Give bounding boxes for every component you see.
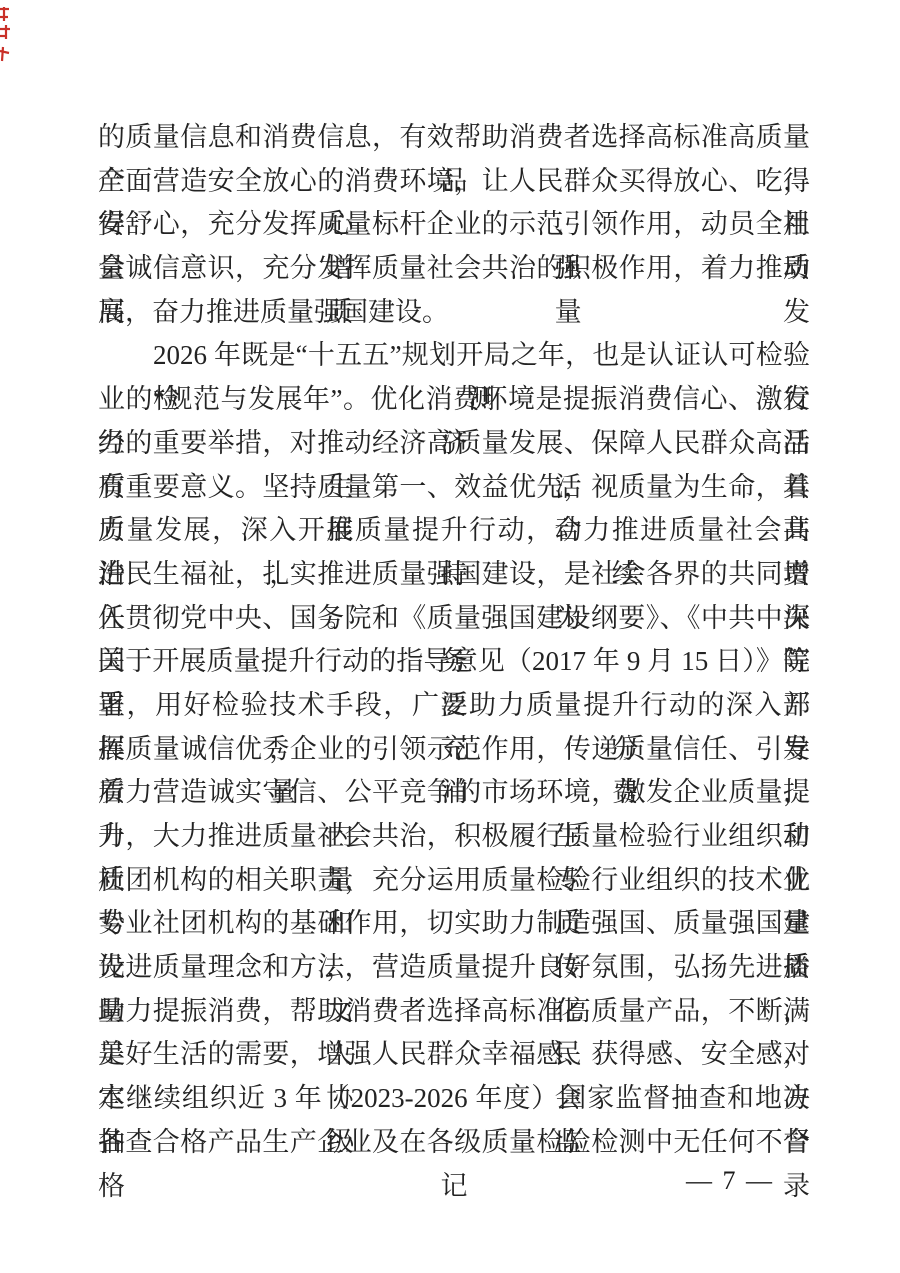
paragraph: 2026 年既是“十五五”规划开局之年，也是认证认可检验检测行业的“规范与发展年… xyxy=(98,334,810,1164)
paragraph: 的质量信息和消费信息，有效帮助消费者选择高标准高质量产品，全面营造安全放心的消费… xyxy=(98,116,810,334)
text-line: 定继续组织近 3 年（2023-2026 年度）国家监督抽查和地方各级监督 xyxy=(98,1077,810,1121)
text-line: 专业社团机构的基础作用，切实助力制造强国、质量强国建设，传播 xyxy=(98,902,810,946)
text-line: 业的“规范与发展年”。优化消费环境是提振消费信心、激发经济活 xyxy=(98,378,810,422)
text-line: 关于开展质量提升行动的指导意见（2017 年 9 月 15 日）》等重要部 xyxy=(98,640,810,684)
text-line: 社团机构的相关职责，充分运用质量检验行业组织的技术优势和质量 xyxy=(98,859,810,903)
text-line: 全面营造安全放心的消费环境，让人民群众买得放心、吃得安心、用 xyxy=(98,160,810,204)
page-number: — 7 — xyxy=(686,1166,774,1196)
text-line: 进民生福祉，扎实推进质量强国建设，是社会各界的共同责任。为深 xyxy=(98,553,810,597)
text-line: 署，用好检验技术手段，广泛助力质量提升行动的深入开展，充分发 xyxy=(98,684,810,728)
text-line: 入贯彻党中央、国务院和《质量强国建设纲要》、《中共中央 国务院 xyxy=(98,597,810,641)
text-line: 力的重要举措，对推动经济高质量发展、保障人民群众高品质生活具 xyxy=(98,422,810,466)
text-line: 量诚信意识，充分发挥质量社会共治的积极作用，着力推动高质量发 xyxy=(98,247,810,291)
text-line: 着力营造诚实守信、公平竞争的市场环境，激发企业质量提升内生动 xyxy=(98,771,810,815)
text-line: 有重要意义。坚持质量第一、效益优先，视质量为生命，着力推动高 xyxy=(98,466,810,510)
red-fragment-icon xyxy=(0,5,12,75)
red-edge-print-fragments xyxy=(0,5,12,75)
text-line: 助力提振消费，帮助消费者选择高标准高质量产品，不断满足人民对 xyxy=(98,990,810,1034)
text-line: 2026 年既是“十五五”规划开局之年，也是认证认可检验检测行 xyxy=(98,334,810,378)
text-line: 的质量信息和消费信息，有效帮助消费者选择高标准高质量产品， xyxy=(98,116,810,160)
text-line: 力，大力推进质量社会共治，积极履行质量检验行业组织和质量专业 xyxy=(98,815,810,859)
document-page: 的质量信息和消费信息，有效帮助消费者选择高标准高质量产品，全面营造安全放心的消费… xyxy=(0,0,900,1273)
text-line: 抽查合格产品生产企业及在各级质量检验检测中无任何不合格记录 xyxy=(98,1121,810,1165)
text-line: 质量发展，深入开展质量提升行动，合力推进质量社会共治，持续增 xyxy=(98,509,810,553)
text-line: 得舒心，充分发挥质量标杆企业的示范引领作用，动员全社会增强质 xyxy=(98,203,810,247)
body-text: 的质量信息和消费信息，有效帮助消费者选择高标准高质量产品，全面营造安全放心的消费… xyxy=(98,116,810,1165)
text-line: 先进质量理念和方法，营造质量提升良好氛围，弘扬先进质量文化， xyxy=(98,946,810,990)
text-line: 挥质量诚信优秀企业的引领示范作用，传递质量信任、引导质量消费， xyxy=(98,728,810,772)
text-line: 美好生活的需要，增强人民群众幸福感、获得感、安全感，本协会决 xyxy=(98,1033,810,1077)
